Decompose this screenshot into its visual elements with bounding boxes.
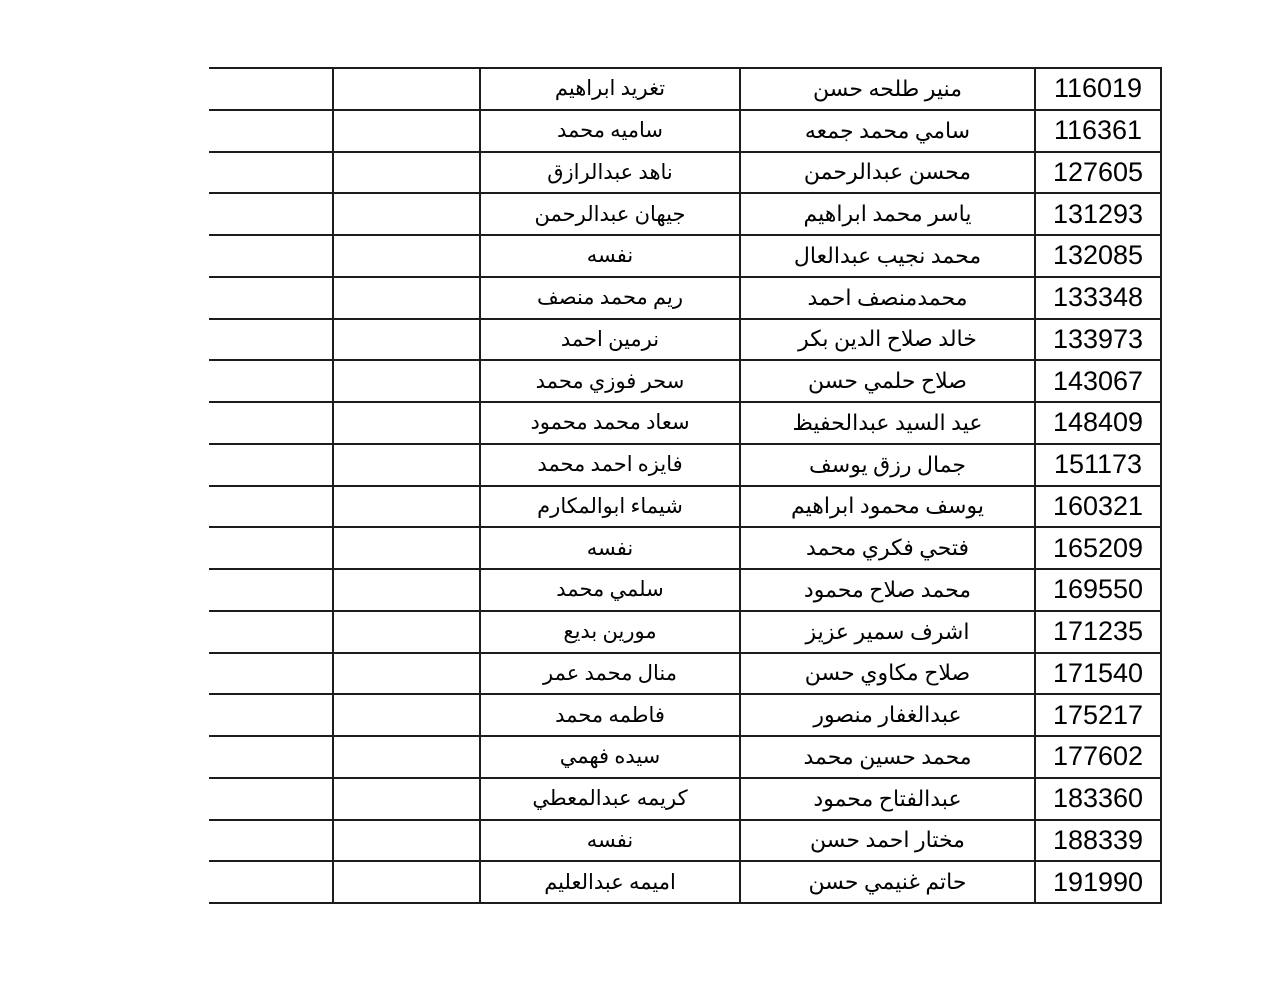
table-row: سيده فهمي محمد حسين محمد 177602 [209, 736, 1161, 778]
cell-blank-left [209, 653, 333, 695]
cell-mother-name: شيماء ابوالمكارم [480, 486, 740, 528]
cell-person-name: يوسف محمود ابراهيم [740, 486, 1035, 528]
cell-blank-second [333, 736, 480, 778]
table-row: ساميه محمد سامي محمد جمعه 116361 [209, 110, 1161, 152]
table-row: ريم محمد منصف محمدمنصف احمد 133348 [209, 277, 1161, 319]
table-row: فايزه احمد محمد جمال رزق يوسف 151173 [209, 444, 1161, 486]
cell-blank-second [333, 820, 480, 862]
table-row: فاطمه محمد عبدالغفار منصور 175217 [209, 694, 1161, 736]
cell-id-number: 191990 [1035, 861, 1161, 903]
cell-id-number: 133973 [1035, 319, 1161, 361]
cell-blank-left [209, 820, 333, 862]
table-row: منال محمد عمر صلاح مكاوي حسن 171540 [209, 653, 1161, 695]
cell-blank-left [209, 152, 333, 194]
cell-blank-left [209, 527, 333, 569]
cell-mother-name: سلمي محمد [480, 569, 740, 611]
cell-mother-name: نفسه [480, 820, 740, 862]
cell-blank-second [333, 653, 480, 695]
cell-blank-second [333, 360, 480, 402]
cell-id-number: 133348 [1035, 277, 1161, 319]
cell-person-name: محمد نجيب عبدالعال [740, 235, 1035, 277]
table-row: تغريد ابراهيم منير طلحه حسن 116019 [209, 68, 1161, 110]
cell-mother-name: مورين بديع [480, 611, 740, 653]
cell-blank-second [333, 277, 480, 319]
roster-table: تغريد ابراهيم منير طلحه حسن 116019 ساميه… [209, 67, 1162, 904]
cell-blank-second [333, 486, 480, 528]
document-page: تغريد ابراهيم منير طلحه حسن 116019 ساميه… [0, 0, 1280, 989]
cell-blank-second [333, 778, 480, 820]
cell-blank-second [333, 110, 480, 152]
cell-id-number: 132085 [1035, 235, 1161, 277]
cell-id-number: 160321 [1035, 486, 1161, 528]
cell-person-name: حاتم غنيمي حسن [740, 861, 1035, 903]
cell-blank-left [209, 360, 333, 402]
cell-blank-left [209, 611, 333, 653]
table-row: جيهان عبدالرحمن ياسر محمد ابراهيم 131293 [209, 193, 1161, 235]
cell-person-name: سامي محمد جمعه [740, 110, 1035, 152]
cell-id-number: 151173 [1035, 444, 1161, 486]
cell-person-name: مختار احمد حسن [740, 820, 1035, 862]
cell-blank-left [209, 778, 333, 820]
cell-blank-second [333, 319, 480, 361]
table-row: نرمين احمد خالد صلاح الدين بكر 133973 [209, 319, 1161, 361]
cell-mother-name: فاطمه محمد [480, 694, 740, 736]
cell-id-number: 165209 [1035, 527, 1161, 569]
cell-id-number: 171235 [1035, 611, 1161, 653]
cell-mother-name: سعاد محمد محمود [480, 402, 740, 444]
cell-person-name: فتحي فكري محمد [740, 527, 1035, 569]
cell-person-name: عيد السيد عبدالحفيظ [740, 402, 1035, 444]
cell-blank-second [333, 152, 480, 194]
table-row: نفسه مختار احمد حسن 188339 [209, 820, 1161, 862]
cell-mother-name: ريم محمد منصف [480, 277, 740, 319]
cell-blank-second [333, 569, 480, 611]
cell-blank-left [209, 569, 333, 611]
cell-mother-name: اميمه عبدالعليم [480, 861, 740, 903]
table-row: مورين بديع اشرف سمير عزيز 171235 [209, 611, 1161, 653]
cell-id-number: 131293 [1035, 193, 1161, 235]
table-row: نفسه محمد نجيب عبدالعال 132085 [209, 235, 1161, 277]
table-row: سعاد محمد محمود عيد السيد عبدالحفيظ 1484… [209, 402, 1161, 444]
cell-person-name: محمد صلاح محمود [740, 569, 1035, 611]
cell-blank-left [209, 110, 333, 152]
cell-blank-left [209, 402, 333, 444]
table-row: سلمي محمد محمد صلاح محمود 169550 [209, 569, 1161, 611]
cell-person-name: محمد حسين محمد [740, 736, 1035, 778]
cell-blank-left [209, 235, 333, 277]
cell-person-name: ياسر محمد ابراهيم [740, 193, 1035, 235]
table-row: ناهد عبدالرازق محسن عبدالرحمن 127605 [209, 152, 1161, 194]
cell-blank-second [333, 68, 480, 110]
cell-mother-name: نفسه [480, 527, 740, 569]
cell-mother-name: جيهان عبدالرحمن [480, 193, 740, 235]
cell-person-name: خالد صلاح الدين بكر [740, 319, 1035, 361]
table-row: شيماء ابوالمكارم يوسف محمود ابراهيم 1603… [209, 486, 1161, 528]
cell-id-number: 177602 [1035, 736, 1161, 778]
cell-mother-name: تغريد ابراهيم [480, 68, 740, 110]
cell-id-number: 188339 [1035, 820, 1161, 862]
cell-person-name: محسن عبدالرحمن [740, 152, 1035, 194]
cell-blank-second [333, 694, 480, 736]
cell-id-number: 143067 [1035, 360, 1161, 402]
cell-mother-name: سيده فهمي [480, 736, 740, 778]
roster-table-body: تغريد ابراهيم منير طلحه حسن 116019 ساميه… [209, 68, 1161, 903]
cell-blank-second [333, 444, 480, 486]
cell-blank-second [333, 527, 480, 569]
cell-mother-name: نرمين احمد [480, 319, 740, 361]
cell-person-name: اشرف سمير عزيز [740, 611, 1035, 653]
cell-person-name: محمدمنصف احمد [740, 277, 1035, 319]
cell-mother-name: منال محمد عمر [480, 653, 740, 695]
cell-mother-name: فايزه احمد محمد [480, 444, 740, 486]
table-row: اميمه عبدالعليم حاتم غنيمي حسن 191990 [209, 861, 1161, 903]
cell-blank-left [209, 68, 333, 110]
cell-blank-left [209, 486, 333, 528]
cell-id-number: 183360 [1035, 778, 1161, 820]
cell-id-number: 148409 [1035, 402, 1161, 444]
cell-blank-left [209, 861, 333, 903]
cell-person-name: عبدالفتاح محمود [740, 778, 1035, 820]
cell-id-number: 127605 [1035, 152, 1161, 194]
cell-mother-name: كريمه عبدالمعطي [480, 778, 740, 820]
cell-person-name: عبدالغفار منصور [740, 694, 1035, 736]
cell-person-name: جمال رزق يوسف [740, 444, 1035, 486]
cell-blank-left [209, 736, 333, 778]
cell-id-number: 169550 [1035, 569, 1161, 611]
cell-blank-second [333, 193, 480, 235]
cell-mother-name: ناهد عبدالرازق [480, 152, 740, 194]
cell-id-number: 116019 [1035, 68, 1161, 110]
cell-id-number: 116361 [1035, 110, 1161, 152]
cell-blank-second [333, 611, 480, 653]
table-row: سحر فوزي محمد صلاح حلمي حسن 143067 [209, 360, 1161, 402]
table-row: كريمه عبدالمعطي عبدالفتاح محمود 183360 [209, 778, 1161, 820]
cell-mother-name: ساميه محمد [480, 110, 740, 152]
cell-person-name: صلاح مكاوي حسن [740, 653, 1035, 695]
cell-person-name: صلاح حلمي حسن [740, 360, 1035, 402]
cell-blank-left [209, 277, 333, 319]
cell-blank-second [333, 235, 480, 277]
cell-id-number: 171540 [1035, 653, 1161, 695]
cell-blank-left [209, 444, 333, 486]
cell-blank-left [209, 193, 333, 235]
cell-id-number: 175217 [1035, 694, 1161, 736]
cell-blank-left [209, 694, 333, 736]
cell-person-name: منير طلحه حسن [740, 68, 1035, 110]
cell-blank-second [333, 402, 480, 444]
cell-blank-left [209, 319, 333, 361]
table-row: نفسه فتحي فكري محمد 165209 [209, 527, 1161, 569]
cell-mother-name: سحر فوزي محمد [480, 360, 740, 402]
cell-blank-second [333, 861, 480, 903]
cell-mother-name: نفسه [480, 235, 740, 277]
